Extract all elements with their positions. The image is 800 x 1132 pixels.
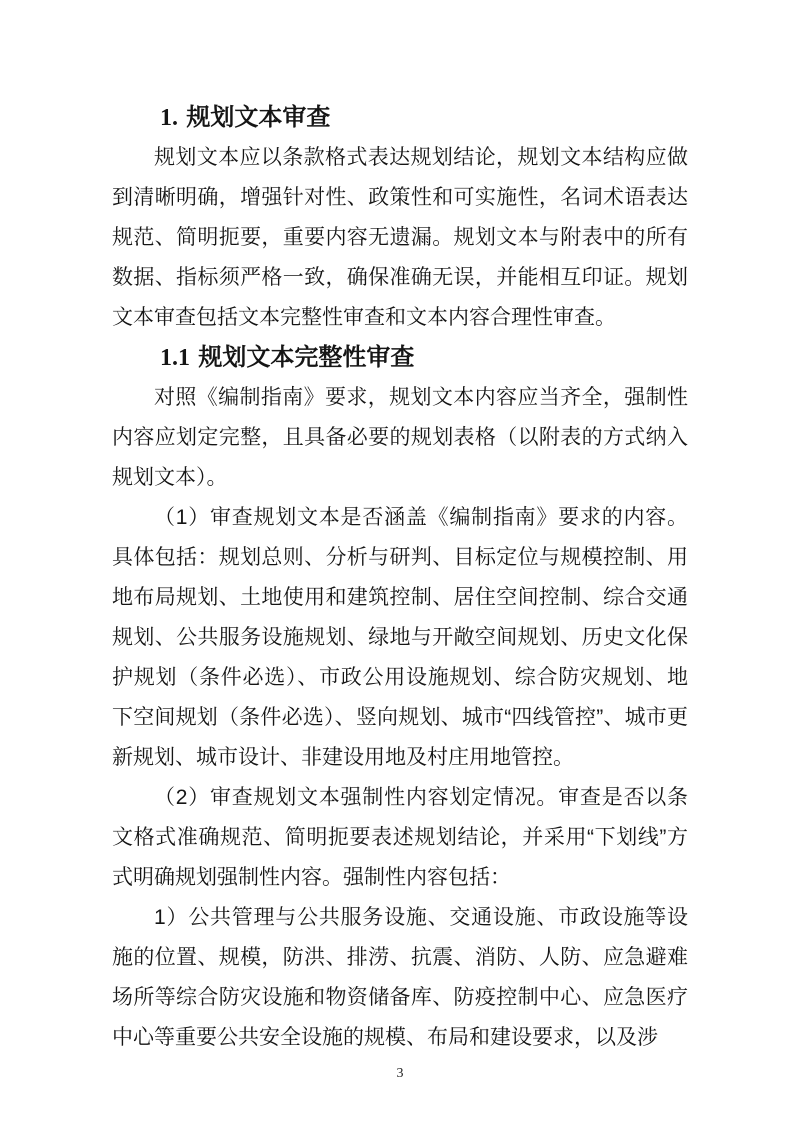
section-heading-1-1-number: 1.1	[160, 345, 190, 371]
paragraph-subitem-1-facilities: 1）公共管理与公共服务设施、交通设施、市政设施等设施的位置、规模，防洪、排涝、抗…	[112, 898, 688, 1058]
section-heading-1-number: 1.	[160, 105, 178, 131]
section-heading-1-title: 规划文本审查	[186, 104, 330, 131]
section-heading-1-1-title: 规划文本完整性审查	[198, 344, 414, 371]
section-heading-1: 1.规划文本审查	[112, 98, 688, 138]
document-content: 1.规划文本审查 规划文本应以条款格式表达规划结论，规划文本结构应做到清晰明确，…	[112, 98, 688, 1058]
document-page: 1.规划文本审查 规划文本应以条款格式表达规划结论，规划文本结构应做到清晰明确，…	[0, 0, 800, 1132]
page-number: 3	[397, 1066, 404, 1081]
paragraph-text-review-intro: 规划文本应以条款格式表达规划结论，规划文本结构应做到清晰明确，增强针对性、政策性…	[112, 138, 688, 338]
paragraph-completeness-intro: 对照《编制指南》要求，规划文本内容应当齐全，强制性内容应划定完整，且具备必要的规…	[112, 378, 688, 498]
section-heading-1-1: 1.1规划文本完整性审查	[112, 338, 688, 378]
paragraph-item-1-coverage: （1）审查规划文本是否涵盖《编制指南》要求的内容。具体包括：规划总则、分析与研判…	[112, 498, 688, 778]
page-footer: 3	[0, 1064, 800, 1084]
paragraph-item-2-mandatory-content: （2）审查规划文本强制性内容划定情况。审查是否以条文格式准确规范、简明扼要表述规…	[112, 778, 688, 898]
